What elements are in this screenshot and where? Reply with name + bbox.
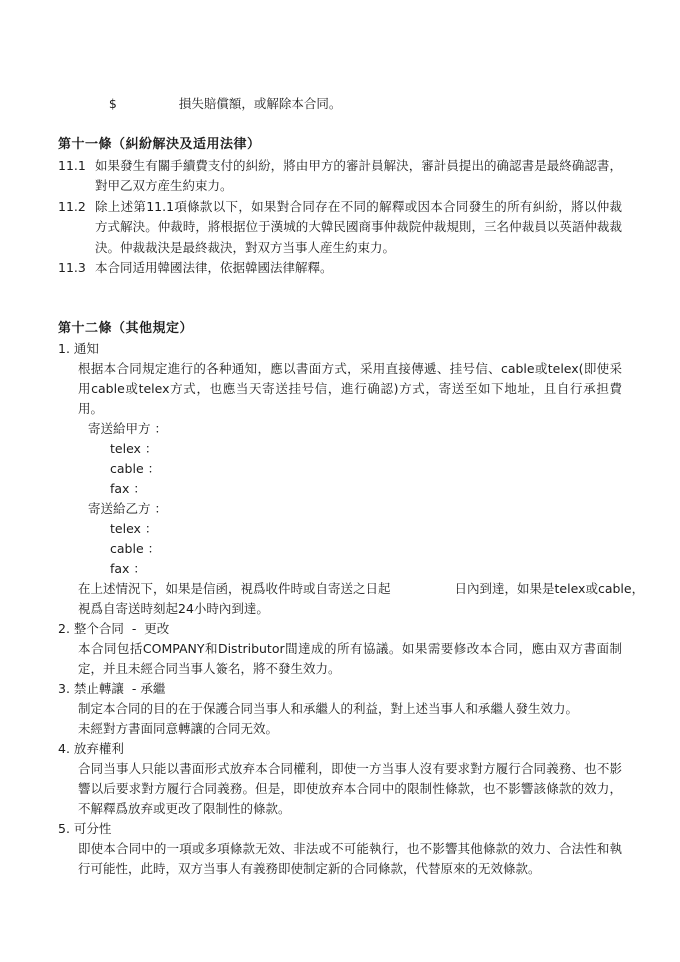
fax-field-a: fax ： [110, 479, 622, 499]
article-12-heading: 第十二條（其他規定） [58, 319, 622, 339]
recipient-party-b: 寄送給乙方 ： [88, 499, 622, 519]
item-5-title: 5. 可分性 [58, 819, 622, 839]
fax-field-b: fax ： [110, 559, 622, 579]
delivery-rule-line-2: 視爲自寄送時刻起24小時內到達。 [78, 599, 622, 619]
telex-field-b: telex ： [110, 519, 622, 539]
article-12: 第十二條（其他規定） 1. 通知 根据本合同規定進行的各种通知，應以書面方式，采… [58, 319, 622, 879]
item-3-body: 制定本合同的目的在于保護合同当事人和承繼人的利益，對上述当事人和承繼人發生效力。 [78, 699, 622, 719]
item-3-title: 3. 禁止轉讓 - 承繼 [58, 679, 622, 699]
delivery-text-after-blank: 日內到達，如果是telex或cable， [455, 581, 645, 596]
item-4-body: 合同当事人只能以書面形式放弃本合同權利，即使一方当事人沒有要求對方履行合同義務、… [78, 759, 622, 819]
intro-line: $損失賠償額，或解除本合同。 [93, 74, 341, 134]
clause-text: 本合同适用韓國法律，依据韓國法律解釋。 [95, 258, 622, 279]
document-page: $損失賠償額，或解除本合同。 第十一條（糾紛解決及适用法律） 11.1 如果發生… [0, 0, 680, 962]
delivery-rule-line-1: 在上述情況下，如果是信函，視爲收件時或自寄送之日起日內到達，如果是telex或c… [78, 579, 622, 599]
article-11-heading: 第十一條（糾紛解決及适用法律） [58, 135, 622, 156]
item-3-body-2: 未經對方書面同意轉讓的合同无效。 [78, 719, 622, 739]
cable-field-a: cable ： [110, 459, 622, 479]
article-11: 第十一條（糾紛解決及适用法律） 11.1 如果發生有關手續費支付的糾紛，將由甲方… [58, 135, 622, 279]
item-2-body: 本合同包括COMPANY和Distributor間達成的所有協議。如果需要修改本… [78, 639, 622, 679]
item-5-body: 即使本合同中的一項或多項條款无效、非法或不可能執行，也不影響其他條款的效力、合法… [78, 839, 622, 879]
recipient-party-a: 寄送給甲方 ： [88, 419, 622, 439]
intro-text: 損失賠償額，或解除本合同。 [179, 96, 342, 111]
item-4-title: 4. 放弃權利 [58, 739, 622, 759]
currency-symbol: $ [109, 96, 117, 111]
clause-11-1: 11.1 如果發生有關手續費支付的糾紛，將由甲方的審計員解決，審計員提出的确認書… [58, 156, 622, 197]
clause-11-3: 11.3 本合同适用韓國法律，依据韓國法律解釋。 [58, 258, 622, 279]
clause-text: 除上述第11.1項條款以下，如果對合同存在不同的解釋或因本合同發生的所有糾紛，將… [95, 197, 622, 259]
delivery-text-before-blank: 在上述情況下，如果是信函，視爲收件時或自寄送之日起 [78, 581, 391, 596]
clause-text: 如果發生有關手續費支付的糾紛，將由甲方的審計員解決，審計員提出的确認書是最終确認… [95, 156, 622, 197]
cable-field-b: cable ： [110, 539, 622, 559]
item-1-title: 1. 通知 [58, 339, 622, 359]
item-2-title: 2. 整个合同 - 更改 [58, 619, 622, 639]
clause-number: 11.1 [58, 156, 95, 197]
clause-number: 11.2 [58, 197, 95, 259]
clause-11-2: 11.2 除上述第11.1項條款以下，如果對合同存在不同的解釋或因本合同發生的所… [58, 197, 622, 259]
item-1-body: 根据本合同規定進行的各种通知，應以書面方式，采用直接傳遞、挂号信、cable或t… [78, 359, 622, 419]
clause-number: 11.3 [58, 258, 95, 279]
telex-field-a: telex ： [110, 439, 622, 459]
